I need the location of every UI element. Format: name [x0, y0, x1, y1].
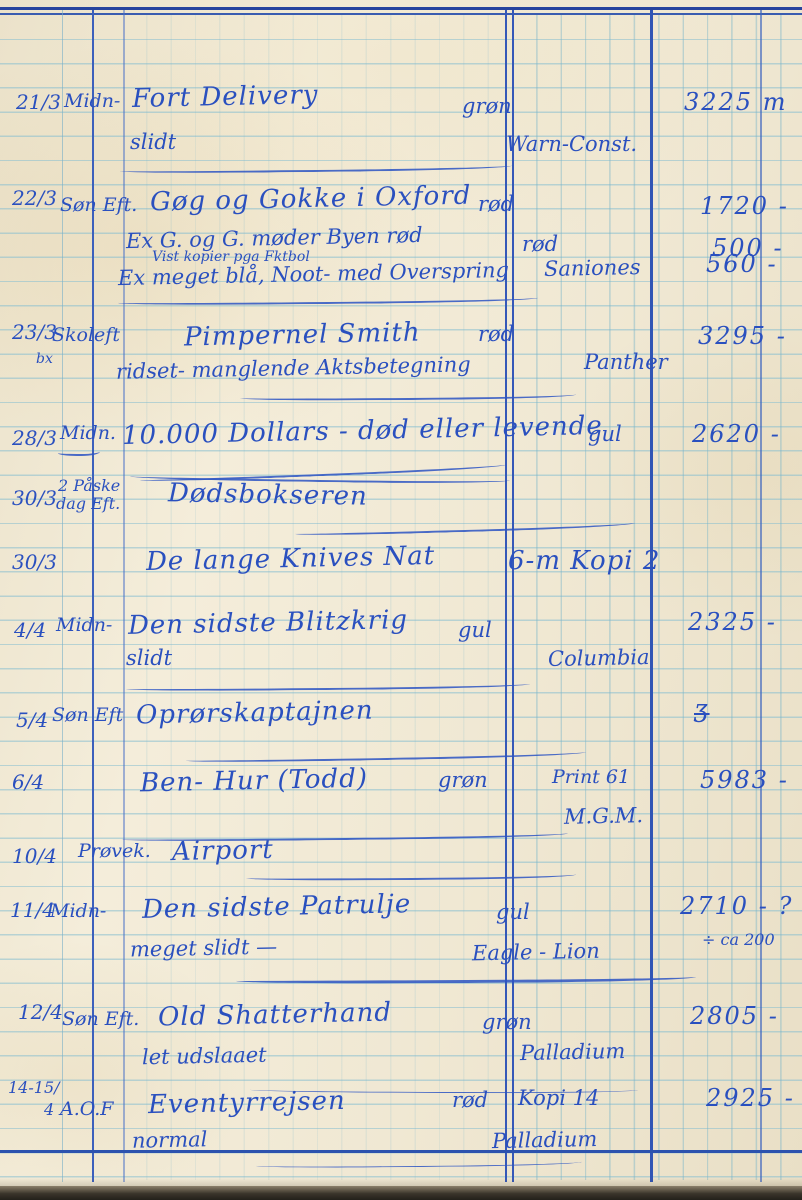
entry-amount: 1720 -: [700, 194, 789, 218]
entry-amount: 2805 -: [690, 1004, 779, 1028]
entry-amount-3: 560 -: [706, 252, 778, 276]
entry-session: Prøvek.: [78, 842, 151, 861]
entry-amount: 2620 -: [692, 422, 781, 446]
entry-note: slidt: [130, 132, 176, 153]
entry-date: 12/4: [18, 1002, 63, 1022]
ledger-page: 21/3 Midn- Fort Delivery grøn slidt Warn…: [0, 0, 802, 1200]
entry-date: 11/4: [10, 900, 55, 920]
entry-color: grøn: [438, 770, 488, 791]
entry-session: A.O.F: [60, 1100, 113, 1119]
entry-amount: 2710 - ?: [680, 894, 793, 918]
entry-amount: 3225 m: [684, 90, 787, 114]
entry-session: Søn Eft: [52, 706, 123, 725]
entry-session: Midn-: [56, 616, 112, 635]
entry-title: Pimpernel Smith: [184, 320, 421, 351]
entry-session: Skoleft: [52, 326, 120, 345]
entry-copy: Kopi 14: [518, 1088, 599, 1109]
entry-title: Oprørskaptajnen: [136, 698, 374, 729]
entry-title: Gøg og Gokke i Oxford: [150, 183, 472, 216]
entry-distributor: Warn-Const.: [506, 134, 637, 155]
hand-underline: [58, 448, 100, 456]
entry-title: Den sidste Patrulje: [142, 891, 412, 923]
entry-color: gul: [496, 902, 530, 923]
entry-date-2: 4: [44, 1102, 54, 1118]
entry-title: De lange Knives Nat: [146, 543, 436, 575]
entry-amount: 3295 -: [698, 324, 787, 348]
entry-copy: 6-m Kopi 2: [508, 548, 660, 574]
entry-title: Dødsbokseren: [168, 480, 368, 509]
entry-note: let udslaaet: [142, 1045, 267, 1069]
column-line: [92, 10, 94, 1182]
entry-date: 14-15/: [8, 1080, 60, 1096]
entry-title: Den sidste Blitzkrig: [128, 607, 408, 639]
entry-distributor: Eagle - Lion: [472, 941, 600, 965]
entry-amount-2: ÷ ca 200: [702, 932, 775, 948]
bottom-line: [0, 1150, 802, 1153]
page-bottom-edge: [0, 1186, 802, 1200]
entry-session: 2 Påske: [58, 478, 120, 494]
entry-date: 22/3: [12, 188, 57, 208]
entry-color: gul: [458, 620, 492, 641]
column-line: [505, 10, 507, 1182]
entry-color: rød: [478, 194, 514, 215]
entry-note: slidt: [126, 648, 172, 669]
entry-distributor: Columbia: [548, 647, 650, 670]
top-header-line: [0, 7, 802, 10]
entry-amount: 2925 -: [706, 1086, 795, 1110]
entry-mark: bx: [36, 352, 53, 366]
entry-title: Eventyrrejsen: [148, 1088, 346, 1118]
entry-amount: 2325 -: [688, 610, 777, 634]
entry-distributor: Saniones: [544, 257, 641, 280]
entry-date: 23/3: [12, 322, 57, 342]
entry-session-2: dag Eft.: [56, 496, 120, 512]
entry-title: Old Shatterhand: [158, 1000, 392, 1031]
entry-date: 28/3: [12, 428, 57, 448]
entry-session: Midn-: [50, 902, 106, 921]
column-line: [512, 10, 514, 1182]
entry-session: Søn Eft.: [60, 196, 137, 215]
entry-color: gul: [588, 424, 622, 445]
entry-amount: 5983 -: [700, 768, 789, 792]
column-line: [123, 10, 125, 1182]
entry-distributor: Palladium: [492, 1129, 598, 1152]
entry-color: grøn: [462, 96, 512, 117]
entry-distributor: Palladium: [520, 1041, 626, 1064]
entry-note: meget slidt —: [130, 936, 278, 960]
entry-session: Søn Eft.: [62, 1010, 139, 1029]
entry-color: rød: [452, 1090, 488, 1111]
entry-title: Ben- Hur (Todd): [140, 766, 368, 797]
entry-date: 5/4: [16, 710, 48, 730]
entry-date: 4/4: [14, 620, 46, 640]
entry-copy: Print 61: [552, 768, 630, 787]
entry-color: grøn: [482, 1012, 532, 1033]
entry-note: normal: [132, 1129, 208, 1152]
entry-amount-ditto-mark: Ʒ: [694, 702, 710, 726]
top-header-line-2: [0, 13, 802, 15]
entry-title: Fort Delivery: [132, 82, 319, 112]
entry-distributor: M.G.M.: [564, 805, 643, 828]
entry-date: 30/3: [12, 552, 57, 572]
entry-color-2: rød: [522, 234, 558, 255]
entry-date: 10/4: [12, 846, 57, 866]
entry-date: 6/4: [12, 772, 44, 792]
entry-title: Airport: [172, 837, 274, 865]
entry-color: rød: [478, 324, 514, 345]
entry-distributor: Panther: [584, 352, 668, 373]
entry-date: 21/3: [16, 92, 61, 112]
column-line: [650, 10, 653, 1182]
entry-session: Midn-: [64, 92, 120, 111]
entry-session: Midn.: [60, 424, 116, 443]
entry-date: 30/3: [12, 488, 57, 508]
